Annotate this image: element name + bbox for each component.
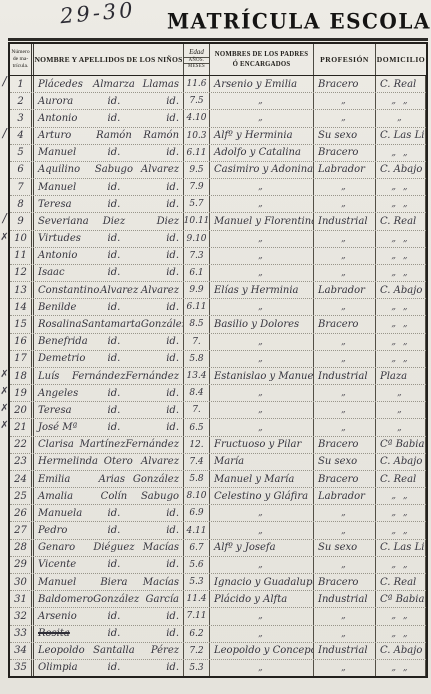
child-surname-2: Fernández — [125, 371, 179, 382]
table-row: 34 Leopoldo Santalla Pérez 7.2 Leopoldo … — [10, 643, 426, 660]
header-age-months: MESES — [184, 63, 209, 70]
child-surname-2: id. — [136, 611, 179, 622]
margin-check-mark: / — [0, 74, 9, 88]
cell-profession: Su sexo — [314, 540, 376, 556]
cell-parents: „ — [210, 522, 314, 538]
child-first-name: Arsenio — [38, 611, 92, 622]
child-first-name: Angeles — [38, 388, 92, 399]
table-row: 32 Arsenio id. id. 7.11 „ „ „ „ — [10, 608, 426, 625]
cell-age: 7.11 — [184, 608, 210, 624]
cell-age: 8.4 — [184, 385, 210, 401]
cell-domicile: „ „ — [376, 626, 426, 642]
table-row: 2 Aurora id. id. 7.5 „ „ „ „ — [10, 93, 426, 110]
cell-name: Luís Fernández Fernández — [34, 368, 184, 384]
cell-number: 29 — [10, 557, 34, 573]
cell-number: 26 — [10, 505, 34, 521]
cell-domicile: Cª Babia — [376, 437, 426, 453]
cell-profession: Su sexo — [314, 454, 376, 470]
cell-parents: Ignacio y Guadalupe — [210, 574, 314, 590]
table-header-row: Número de ma- trícula. NOMBRE Y APELLIDO… — [10, 44, 426, 76]
table-row: 12 Isaac id. id. 6.1 „ „ „ „ — [10, 265, 426, 282]
cell-domicile: „ „ — [376, 522, 426, 538]
table-row: ✗ 21 José Mª id. id. 6.5 „ „ „ — [10, 419, 426, 436]
table-row: 11 Antonio id. id. 7.3 „ „ „ „ — [10, 248, 426, 265]
cell-number: 8 — [10, 196, 34, 212]
cell-age: 4.10 — [184, 110, 210, 126]
child-surname-1: id. — [92, 147, 135, 158]
cell-domicile: „ „ — [376, 299, 426, 315]
child-surname-2: id. — [136, 508, 179, 519]
cell-domicile: „ „ — [376, 231, 426, 247]
cell-number: 17 — [10, 351, 34, 367]
cell-profession: Bracero — [314, 316, 376, 332]
cell-number: 16 — [10, 334, 34, 350]
cell-domicile: „ „ — [376, 265, 426, 281]
child-surname-1: Diéguez — [92, 542, 135, 553]
cell-name: Demetrio id. id. — [34, 351, 184, 367]
cell-age: 5.8 — [184, 471, 210, 487]
margin-check-mark: ✗ — [0, 420, 9, 431]
cell-name: Rosita id. id. — [34, 626, 184, 642]
cell-age: 5.7 — [184, 196, 210, 212]
cell-name: Rosalina Santamarta González — [34, 316, 184, 332]
cell-profession: „ — [314, 299, 376, 315]
cell-profession: „ — [314, 385, 376, 401]
enrollment-table: Número de ma- trícula. NOMBRE Y APELLIDO… — [8, 42, 428, 678]
table-row: 27 Pedro id. id. 4.11 „ „ „ „ — [10, 522, 426, 539]
cell-parents: Casimiro y Adonina — [210, 162, 314, 178]
child-first-name: Olimpia — [38, 662, 92, 673]
child-surname-1: González — [93, 594, 139, 605]
cell-number: 22 — [10, 437, 34, 453]
cell-parents: „ — [210, 248, 314, 264]
cell-name: Arturo Ramón Ramón — [34, 128, 184, 144]
cell-parents: „ — [210, 299, 314, 315]
cell-domicile: „ „ — [376, 179, 426, 195]
child-surname-1: Santamarta — [81, 319, 140, 330]
cell-profession: Su sexo — [314, 128, 376, 144]
child-first-name: José Mª — [38, 422, 92, 433]
cell-profession: Labrador — [314, 488, 376, 504]
cell-profession: „ — [314, 110, 376, 126]
cell-number: 32 — [10, 608, 34, 624]
cell-age: 8.5 — [184, 316, 210, 332]
table-row: 26 Manuela id. id. 6.9 „ „ „ „ — [10, 505, 426, 522]
child-surname-2: id. — [136, 525, 179, 536]
cell-name: Hermelinda Otero Alvarez — [34, 454, 184, 470]
handwritten-year-note: 29-30 — [59, 0, 136, 28]
cell-name: Aquilino Sabugo Alvarez — [34, 162, 184, 178]
table-row: 17 Demetrio id. id. 5.8 „ „ „ „ — [10, 351, 426, 368]
cell-profession: „ — [314, 557, 376, 573]
table-row: 31 Baldomero González García 11.4 Plácid… — [10, 591, 426, 608]
cell-number: 23 — [10, 454, 34, 470]
cell-age: 5.8 — [184, 351, 210, 367]
child-first-name: Isaac — [38, 267, 92, 278]
cell-number: 12 — [10, 265, 34, 281]
cell-domicile: „ „ — [376, 351, 426, 367]
child-first-name: Demetrio — [38, 353, 92, 364]
child-surname-1: id. — [92, 113, 135, 124]
cell-parents: Basilio y Dolores — [210, 316, 314, 332]
child-surname-2: Alvarez — [139, 285, 179, 296]
cell-number: 19 — [10, 385, 34, 401]
child-surname-2: Alvarez — [139, 456, 179, 467]
child-surname-1: id. — [92, 233, 135, 244]
child-surname-2: Alvarez — [136, 164, 179, 175]
cell-age: 7.4 — [184, 454, 210, 470]
cell-parents: Manuel y Florentina — [210, 213, 314, 229]
cell-domicile: C. Las Linares — [376, 128, 426, 144]
cell-age: 9.5 — [184, 162, 210, 178]
cell-parents: Estanislao y Manuela — [210, 368, 314, 384]
cell-age: 10.11 — [184, 213, 210, 229]
child-surname-2: Macías — [136, 577, 179, 588]
table-row: 22 Clarisa Martínez Fernández 12. Fructu… — [10, 437, 426, 454]
cell-number: 14 — [10, 299, 34, 315]
child-surname-1: Diez — [92, 216, 135, 227]
child-surname-1: id. — [92, 250, 135, 261]
table-row: 30 Manuel Biera Macías 5.3 Ignacio y Gua… — [10, 574, 426, 591]
cell-parents: „ — [210, 334, 314, 350]
child-surname-1: Sabugo — [92, 164, 135, 175]
header-name: NOMBRE Y APELLIDOS DE LOS NIÑOS — [34, 44, 184, 75]
cell-parents: Elías y Herminia — [210, 282, 314, 298]
cell-age: 12. — [184, 437, 210, 453]
margin-check-mark: ✗ — [0, 232, 9, 243]
child-first-name: Hermelinda — [38, 456, 98, 467]
table-body: / 1 Plácedes Almarza Llamas 11.6 Arsenio… — [10, 76, 426, 676]
cell-domicile: C. Abajo — [376, 282, 426, 298]
table-row: / 1 Plácedes Almarza Llamas 11.6 Arsenio… — [10, 76, 426, 93]
child-first-name: Manuel — [38, 147, 92, 158]
cell-parents: Alfº y Josefa — [210, 540, 314, 556]
child-surname-2: id. — [136, 182, 179, 193]
table-row: 35 Olimpia id. id. 5.3 „ „ „ „ — [10, 660, 426, 676]
child-surname-1: id. — [92, 182, 135, 193]
cell-name: Antonio id. id. — [34, 248, 184, 264]
cell-profession: „ — [314, 402, 376, 418]
cell-domicile: C. Abajo — [376, 454, 426, 470]
child-first-name: Clarisa — [38, 439, 80, 450]
header-number-line1: Número — [11, 49, 29, 56]
cell-domicile: „ „ — [376, 316, 426, 332]
child-first-name: Rosita — [38, 628, 92, 639]
child-surname-2: id. — [136, 147, 179, 158]
child-first-name: Teresa — [38, 199, 92, 210]
child-surname-1: Santalla — [92, 645, 135, 656]
cell-profession: „ — [314, 522, 376, 538]
cell-number: 30 — [10, 574, 34, 590]
cell-age: 7. — [184, 402, 210, 418]
cell-number: 7 — [10, 179, 34, 195]
cell-number: 5 — [10, 145, 34, 161]
child-first-name: Baldomero — [38, 594, 93, 605]
cell-number: 35 — [10, 660, 34, 676]
cell-domicile: „ „ — [376, 145, 426, 161]
child-first-name: Manuel — [38, 577, 92, 588]
cell-name: Benefrida id. id. — [34, 334, 184, 350]
child-first-name: Manuela — [38, 508, 92, 519]
cell-parents: „ — [210, 626, 314, 642]
child-surname-1: id. — [92, 353, 135, 364]
cell-domicile: C. Abajo — [376, 643, 426, 659]
cell-profession: „ — [314, 351, 376, 367]
child-surname-2: Macías — [136, 542, 179, 553]
header-domicile: DOMICILIO — [376, 44, 426, 75]
cell-domicile: „ „ — [376, 557, 426, 573]
child-surname-1: id. — [92, 302, 135, 313]
table-row: 13 Constantino Alvarez Alvarez 9.9 Elías… — [10, 282, 426, 299]
table-row: 5 Manuel id. id. 6.11 Adolfo y Catalina … — [10, 145, 426, 162]
cell-number: 18 — [10, 368, 34, 384]
child-first-name: Amalia — [38, 491, 92, 502]
child-surname-2: id. — [136, 628, 179, 639]
cell-profession: „ — [314, 196, 376, 212]
child-surname-2: id. — [136, 267, 179, 278]
cell-parents: María — [210, 454, 314, 470]
cell-number: 1 — [10, 76, 34, 92]
cell-name: Isaac id. id. — [34, 265, 184, 281]
cell-profession: „ — [314, 231, 376, 247]
cell-domicile: C. Real — [376, 471, 426, 487]
cell-number: 13 — [10, 282, 34, 298]
cell-domicile: „ „ — [376, 196, 426, 212]
child-first-name: Antonio — [38, 250, 92, 261]
child-surname-2: id. — [136, 662, 179, 673]
cell-profession: „ — [314, 248, 376, 264]
cell-number: 2 — [10, 93, 34, 109]
cell-parents: „ — [210, 196, 314, 212]
cell-domicile: „ „ — [376, 93, 426, 109]
child-surname-2: id. — [136, 250, 179, 261]
cell-age: 7.3 — [184, 248, 210, 264]
cell-age: 6.7 — [184, 540, 210, 556]
cell-profession: Industrial — [314, 643, 376, 659]
child-surname-1: Alvarez — [99, 285, 139, 296]
child-surname-2: Pérez — [136, 645, 179, 656]
cell-age: 4.11 — [184, 522, 210, 538]
child-surname-1: id. — [92, 199, 135, 210]
cell-parents: „ — [210, 505, 314, 521]
cell-domicile: C. Real — [376, 574, 426, 590]
table-row: 3 Antonio id. id. 4.10 „ „ „ — [10, 110, 426, 127]
cell-profession: „ — [314, 334, 376, 350]
cell-number: 27 — [10, 522, 34, 538]
header-number: Número de ma- trícula. — [10, 44, 34, 75]
cell-profession: „ — [314, 179, 376, 195]
cell-age: 9.10 — [184, 231, 210, 247]
cell-parents: „ — [210, 231, 314, 247]
child-surname-2: González — [133, 474, 179, 485]
cell-domicile: „ „ — [376, 334, 426, 350]
child-surname-2: id. — [136, 353, 179, 364]
child-surname-2: id. — [136, 422, 179, 433]
margin-check-mark: ✗ — [0, 403, 9, 414]
child-surname-1: Martínez — [80, 439, 126, 450]
cell-name: Constantino Alvarez Alvarez — [34, 282, 184, 298]
cell-age: 6.5 — [184, 419, 210, 435]
table-row: 7 Manuel id. id. 7.9 „ „ „ „ — [10, 179, 426, 196]
table-row: 33 Rosita id. id. 6.2 „ „ „ „ — [10, 626, 426, 643]
cell-parents: Adolfo y Catalina — [210, 145, 314, 161]
child-surname-1: id. — [92, 96, 135, 107]
cell-domicile: „ „ — [376, 660, 426, 676]
child-first-name: Luís — [38, 371, 72, 382]
table-row: 29 Vicente id. id. 5.6 „ „ „ „ — [10, 557, 426, 574]
cell-number: 34 — [10, 643, 34, 659]
margin-check-mark: / — [0, 126, 9, 140]
cell-domicile: „ — [376, 419, 426, 435]
cell-number: 4 — [10, 128, 34, 144]
cell-parents: „ — [210, 179, 314, 195]
cell-profession: „ — [314, 660, 376, 676]
page-title: MATRÍCULA ESCOLAR — [167, 8, 431, 34]
cell-name: Pedro id. id. — [34, 522, 184, 538]
child-surname-2: id. — [136, 336, 179, 347]
header-age: Edad AÑOS. MESES — [184, 44, 210, 75]
cell-age: 13.4 — [184, 368, 210, 384]
child-first-name: Aquilino — [38, 164, 92, 175]
cell-name: Baldomero González García — [34, 591, 184, 607]
cell-number: 9 — [10, 213, 34, 229]
child-surname-1: id. — [92, 662, 135, 673]
table-row: / 4 Arturo Ramón Ramón 10.3 Alfº y Hermi… — [10, 128, 426, 145]
cell-number: 28 — [10, 540, 34, 556]
cell-profession: Labrador — [314, 162, 376, 178]
cell-age: 8.10 — [184, 488, 210, 504]
child-first-name: Benilde — [38, 302, 92, 313]
cell-age: 10.3 — [184, 128, 210, 144]
child-surname-1: Fernández — [72, 371, 126, 382]
child-surname-2: id. — [136, 302, 179, 313]
cell-parents: „ — [210, 110, 314, 126]
table-row: 24 Emilia Arias González 5.8 Manuel y Ma… — [10, 471, 426, 488]
cell-name: Manuel id. id. — [34, 179, 184, 195]
child-first-name: Genaro — [38, 542, 92, 553]
cell-age: 6.11 — [184, 299, 210, 315]
margin-check-mark: / — [0, 211, 9, 225]
table-row: ✗ 10 Virtudes id. id. 9.10 „ „ „ „ — [10, 231, 426, 248]
header-age-years: AÑOS. — [184, 57, 209, 64]
cell-name: Teresa id. id. — [34, 402, 184, 418]
table-row: 15 Rosalina Santamarta González 8.5 Basi… — [10, 316, 426, 333]
header-age-label: Edad — [189, 49, 204, 57]
child-first-name: Virtudes — [38, 233, 92, 244]
table-row: 23 Hermelinda Otero Alvarez 7.4 María Su… — [10, 454, 426, 471]
cell-number: 15 — [10, 316, 34, 332]
cell-domicile: „ — [376, 385, 426, 401]
child-surname-1: Colín — [92, 491, 135, 502]
child-surname-1: id. — [92, 267, 135, 278]
header-parents: NOMBRES DE LOS PADRES Ó ENCARGADOS — [210, 44, 314, 75]
cell-profession: „ — [314, 93, 376, 109]
child-surname-2: id. — [136, 233, 179, 244]
margin-check-mark: ✗ — [0, 386, 9, 397]
cell-parents: Plácido y Alfta — [210, 591, 314, 607]
margin-check-mark: ✗ — [0, 369, 9, 380]
cell-number: 20 — [10, 402, 34, 418]
cell-profession: Labrador — [314, 282, 376, 298]
cell-name: José Mª id. id. — [34, 419, 184, 435]
cell-number: 24 — [10, 471, 34, 487]
cell-age: 6.2 — [184, 626, 210, 642]
child-surname-2: id. — [136, 559, 179, 570]
table-row: 25 Amalia Colín Sabugo 8.10 Celestino y … — [10, 488, 426, 505]
cell-name: Virtudes id. id. — [34, 231, 184, 247]
cell-number: 3 — [10, 110, 34, 126]
child-surname-1: Otero — [98, 456, 138, 467]
cell-name: Vicente id. id. — [34, 557, 184, 573]
table-row: 16 Benefrida id. id. 7. „ „ „ „ — [10, 334, 426, 351]
cell-age: 11.6 — [184, 76, 210, 92]
child-first-name: Teresa — [38, 405, 92, 416]
cell-parents: „ — [210, 557, 314, 573]
cell-parents: Arsenio y Emilia — [210, 76, 314, 92]
cell-name: Manuel Biera Macías — [34, 574, 184, 590]
cell-age: 6.1 — [184, 265, 210, 281]
cell-parents: Leopoldo y Concepción — [210, 643, 314, 659]
cell-domicile: „ „ — [376, 608, 426, 624]
cell-parents: Celestino y Gláfira — [210, 488, 314, 504]
cell-domicile: „ „ — [376, 505, 426, 521]
child-first-name: Leopoldo — [38, 645, 92, 656]
cell-domicile: C. Real — [376, 76, 426, 92]
cell-age: 6.11 — [184, 145, 210, 161]
child-surname-2: id. — [136, 199, 179, 210]
cell-age: 7.2 — [184, 643, 210, 659]
cell-number: 11 — [10, 248, 34, 264]
child-surname-2: Diez — [136, 216, 179, 227]
cell-domicile: „ — [376, 402, 426, 418]
table-row: 28 Genaro Diéguez Macías 6.7 Alfº y Jose… — [10, 540, 426, 557]
child-first-name: Vicente — [38, 559, 92, 570]
cell-number: 31 — [10, 591, 34, 607]
header-number-line2: de ma- — [13, 56, 28, 63]
table-row: / 9 Severiana Diez Diez 10.11 Manuel y F… — [10, 213, 426, 230]
cell-parents: „ — [210, 419, 314, 435]
child-first-name: Plácedes — [38, 79, 92, 90]
cell-profession: Industrial — [314, 368, 376, 384]
cell-domicile: C. Las Linares — [376, 540, 426, 556]
cell-parents: Fructuoso y Pilar — [210, 437, 314, 453]
cell-parents: „ — [210, 385, 314, 401]
cell-domicile: „ — [376, 110, 426, 126]
child-first-name: Pedro — [38, 525, 92, 536]
cell-profession: „ — [314, 265, 376, 281]
cell-name: Arsenio id. id. — [34, 608, 184, 624]
child-surname-1: id. — [92, 422, 135, 433]
cell-name: Plácedes Almarza Llamas — [34, 76, 184, 92]
cell-profession: Bracero — [314, 145, 376, 161]
cell-domicile: C. Real — [376, 213, 426, 229]
cell-age: 5.6 — [184, 557, 210, 573]
cell-parents: Alfº y Herminia — [210, 128, 314, 144]
cell-age: 5.3 — [184, 574, 210, 590]
table-row: 14 Benilde id. id. 6.11 „ „ „ „ — [10, 299, 426, 316]
child-surname-1: id. — [92, 388, 135, 399]
cell-name: Severiana Diez Diez — [34, 213, 184, 229]
cell-parents: Manuel y María — [210, 471, 314, 487]
header-parents-line1: NOMBRES DE LOS PADRES — [215, 50, 308, 59]
scanned-register-page: 29-30 MATRÍCULA ESCOLAR Número de ma- tr… — [0, 0, 431, 694]
cell-number: 21 — [10, 419, 34, 435]
child-surname-1: Almarza — [92, 79, 135, 90]
child-first-name: Severiana — [38, 216, 92, 227]
child-surname-1: Ramón — [92, 130, 135, 141]
child-first-name: Aurora — [38, 96, 92, 107]
cell-domicile: „ „ — [376, 248, 426, 264]
